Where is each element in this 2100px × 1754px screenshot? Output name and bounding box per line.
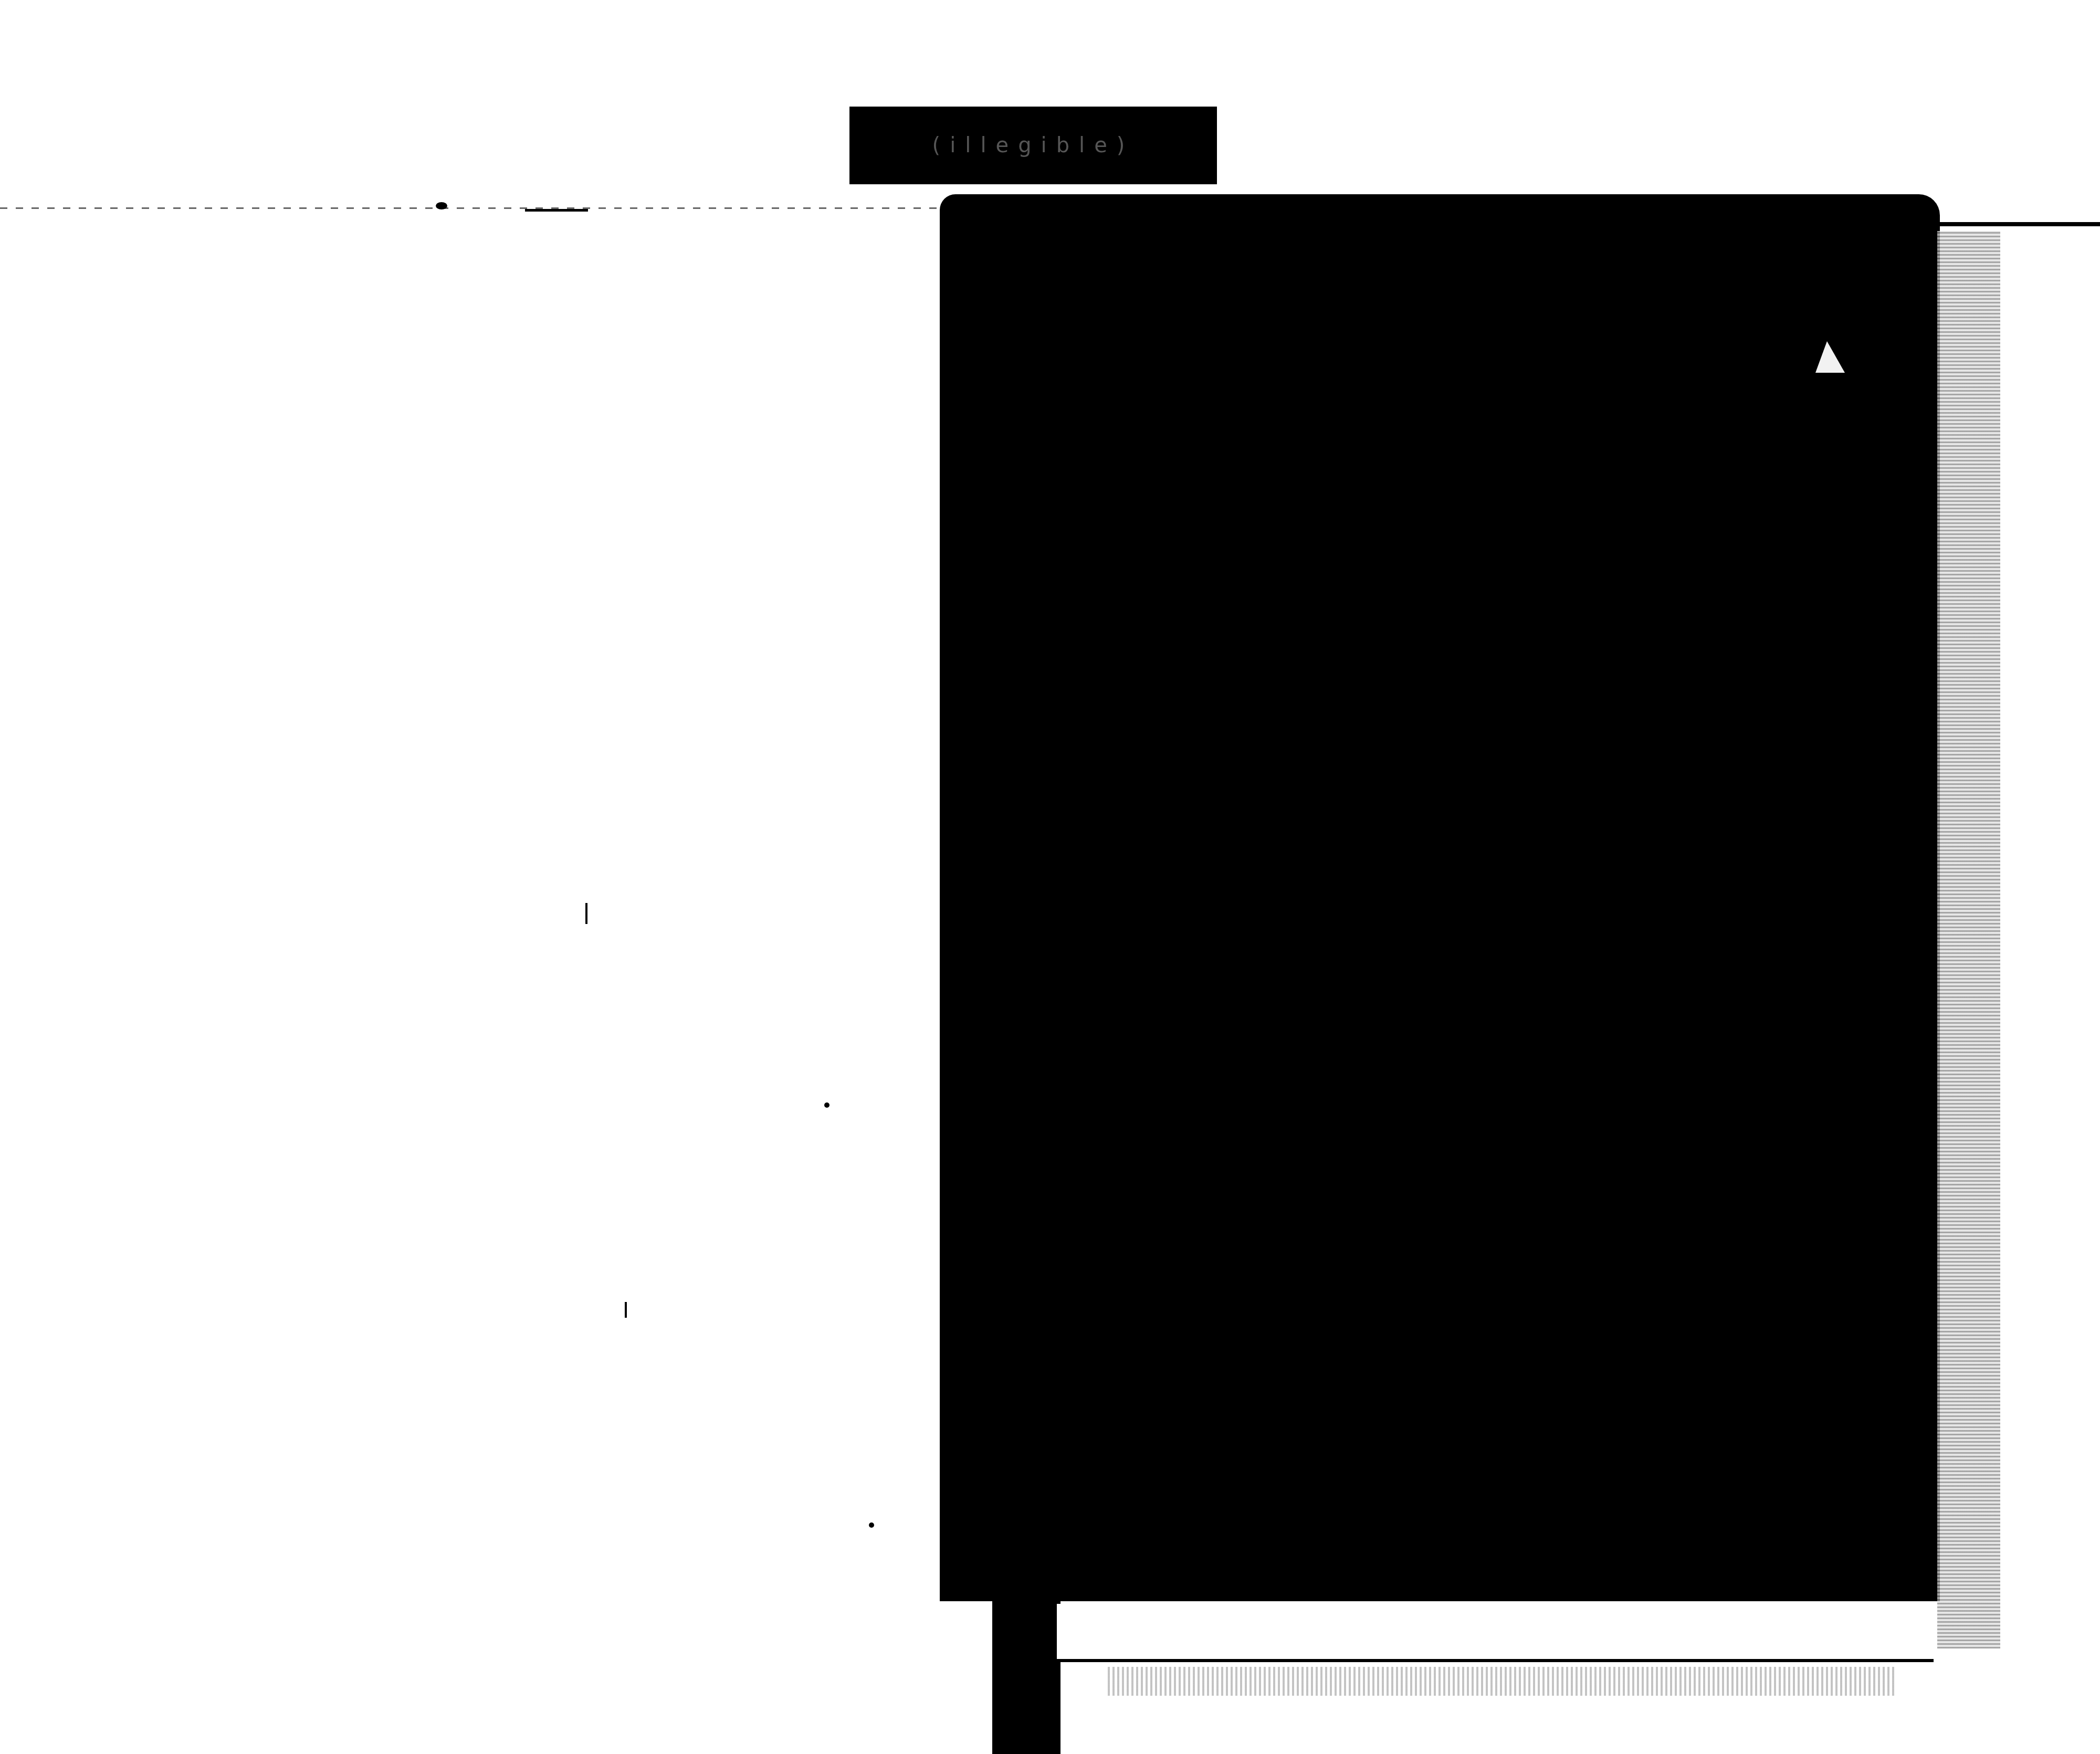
ink-speck [625, 1302, 627, 1318]
footer-strip [1108, 1667, 1895, 1696]
scan-shadow [1937, 231, 2000, 1648]
header-label: (illegible) [849, 107, 1217, 184]
dashed-rule [0, 207, 971, 209]
ink-speck [436, 202, 447, 209]
ink-speck [585, 903, 587, 924]
bottom-panel [1055, 1604, 1934, 1662]
triangle-mark-icon [1815, 341, 1845, 373]
right-rule [1916, 222, 2100, 226]
left-strip [992, 1601, 1060, 1754]
scanned-page: (illegible) [0, 0, 2100, 1754]
ink-speck [824, 1102, 829, 1108]
ink-mark [525, 209, 588, 212]
black-region [940, 194, 1940, 1601]
label-text: (illegible) [932, 133, 1135, 157]
ink-speck [869, 1522, 874, 1528]
